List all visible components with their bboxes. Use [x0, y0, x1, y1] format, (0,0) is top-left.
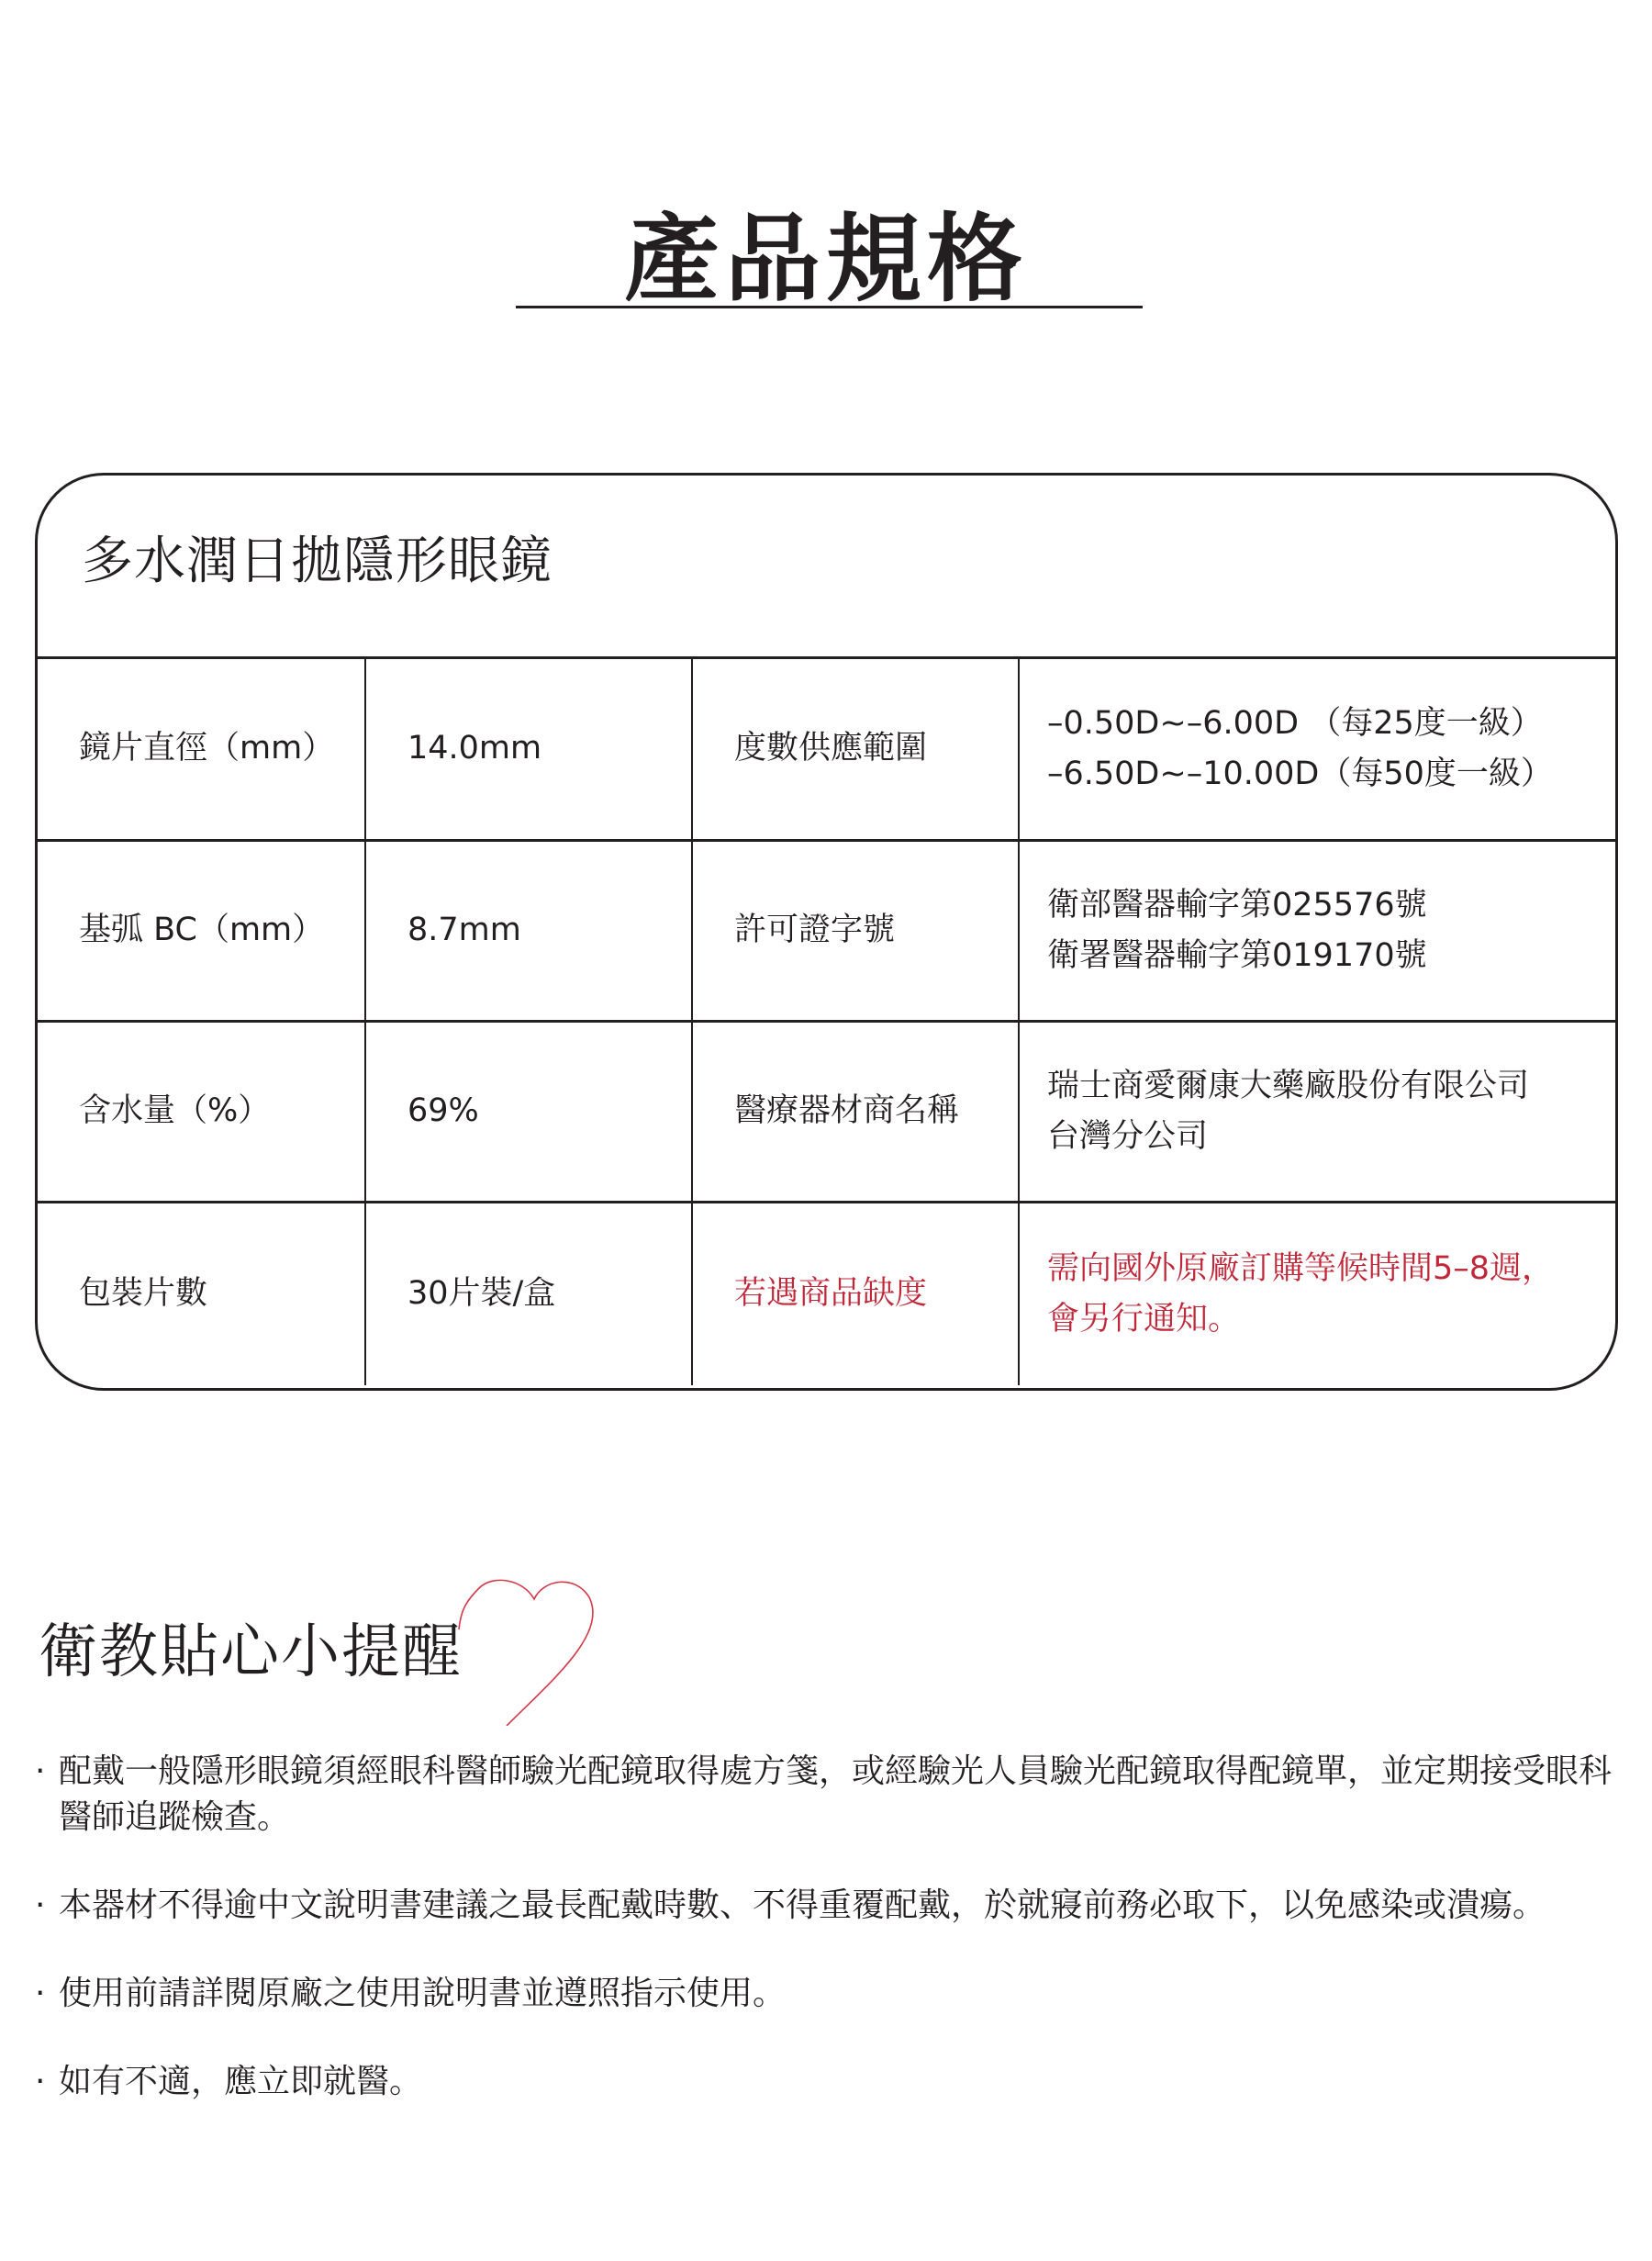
- tip-text: 使用前請詳閱原廠之使用說明書並遵照指示使用。: [59, 1975, 786, 2012]
- spec-value: 30片裝/盒: [365, 1202, 692, 1385]
- table-row: 基弧 BC（mm） 8.7mm 許可證字號 衛部醫器輸字第025576號 衛署醫…: [38, 840, 1615, 1021]
- spec-value-line: 衛部醫器輸字第025576號: [1047, 880, 1615, 931]
- tip-item: · 本器材不得逾中文說明書建議之最長配戴時數、不得重覆配戴，於就寢前務必取下，以…: [35, 1883, 1613, 1929]
- stock-notice-label: 若遇商品缺度: [692, 1202, 1019, 1385]
- bullet-icon: ·: [35, 1971, 45, 2017]
- bullet-icon: ·: [35, 1883, 45, 1929]
- tip-text: 如有不適，應立即就醫。: [59, 2063, 422, 2100]
- spec-card: 多水潤日拋隱形眼鏡 鏡片直徑（mm） 14.0mm 度數供應範圍 –0.50D~…: [35, 473, 1618, 1391]
- product-name: 多水潤日拋隱形眼鏡: [82, 520, 553, 594]
- tip-item: · 配戴一般隱形眼鏡須經眼科醫師驗光配鏡取得處方箋，或經驗光人員驗光配鏡取得配鏡…: [35, 1749, 1613, 1841]
- table-row: 包裝片數 30片裝/盒 若遇商品缺度 需向國外原廠訂購等候時間5–8週， 會另行…: [38, 1202, 1615, 1385]
- page-title: 產品規格: [0, 202, 1652, 317]
- table-row: 鏡片直徑（mm） 14.0mm 度數供應範圍 –0.50D~–6.00D （每2…: [38, 659, 1615, 840]
- title-divider: [516, 306, 1143, 308]
- tips-title: 衛教貼心小提醒: [39, 1618, 463, 1686]
- spec-value: 14.0mm: [365, 659, 692, 840]
- tips-header: 衛教貼心小提醒: [39, 1597, 463, 1707]
- tip-text: 配戴一般隱形眼鏡須經眼科醫師驗光配鏡取得處方箋，或經驗光人員驗光配鏡取得配鏡單，…: [59, 1752, 1612, 1836]
- tip-item: · 使用前請詳閱原廠之使用說明書並遵照指示使用。: [35, 1971, 1613, 2017]
- spec-value-line: –6.50D~–10.00D（每50度一級）: [1047, 749, 1615, 800]
- heart-icon: [442, 1579, 617, 1726]
- spec-value: 瑞士商愛爾康大藥廠股份有限公司 台灣分公司: [1019, 1021, 1615, 1202]
- bullet-icon: ·: [35, 1749, 45, 1795]
- spec-label: 基弧 BC（mm）: [38, 840, 365, 1021]
- spec-label: 含水量（%）: [38, 1021, 365, 1202]
- spec-value: –0.50D~–6.00D （每25度一級） –6.50D~–10.00D（每5…: [1019, 659, 1615, 840]
- spec-value-line: 台灣分公司: [1047, 1112, 1615, 1162]
- spec-label: 許可證字號: [692, 840, 1019, 1021]
- spec-label: 鏡片直徑（mm）: [38, 659, 365, 840]
- spec-value-line: 會另行通知。: [1047, 1294, 1615, 1345]
- spec-value: 8.7mm: [365, 840, 692, 1021]
- tip-item: · 如有不適，應立即就醫。: [35, 2059, 1613, 2105]
- spec-table: 鏡片直徑（mm） 14.0mm 度數供應範圍 –0.50D~–6.00D （每2…: [38, 659, 1615, 1385]
- spec-label: 包裝片數: [38, 1202, 365, 1385]
- spec-label: 醫療器材商名稱: [692, 1021, 1019, 1202]
- spec-value-line: 需向國外原廠訂購等候時間5–8週，: [1047, 1244, 1615, 1294]
- spec-value-line: –0.50D~–6.00D （每25度一級）: [1047, 699, 1615, 749]
- spec-card-header: 多水潤日拋隱形眼鏡: [38, 476, 1615, 659]
- tips-list: · 配戴一般隱形眼鏡須經眼科醫師驗光配鏡取得處方箋，或經驗光人員驗光配鏡取得配鏡…: [35, 1749, 1613, 2147]
- spec-value-line: 瑞士商愛爾康大藥廠股份有限公司: [1047, 1061, 1615, 1112]
- stock-notice-value: 需向國外原廠訂購等候時間5–8週， 會另行通知。: [1019, 1202, 1615, 1385]
- spec-value: 69%: [365, 1021, 692, 1202]
- table-row: 含水量（%） 69% 醫療器材商名稱 瑞士商愛爾康大藥廠股份有限公司 台灣分公司: [38, 1021, 1615, 1202]
- spec-label: 度數供應範圍: [692, 659, 1019, 840]
- bullet-icon: ·: [35, 2059, 45, 2105]
- tip-text: 本器材不得逾中文說明書建議之最長配戴時數、不得重覆配戴，於就寢前務必取下，以免感…: [59, 1886, 1546, 1924]
- spec-value-line: 衛署醫器輸字第019170號: [1047, 931, 1615, 981]
- spec-value: 衛部醫器輸字第025576號 衛署醫器輸字第019170號: [1019, 840, 1615, 1021]
